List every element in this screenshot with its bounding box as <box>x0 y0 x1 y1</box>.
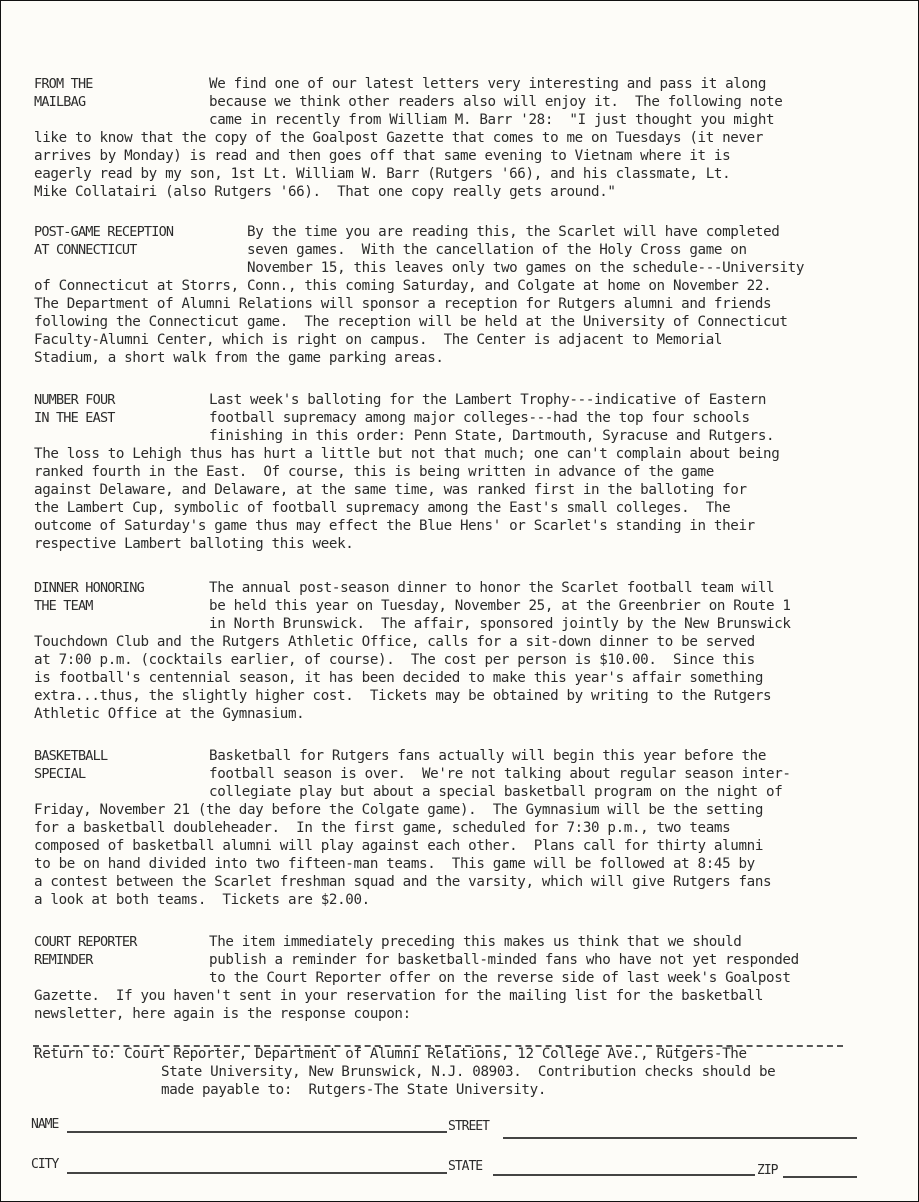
section-heading: SPECIAL <box>34 765 85 783</box>
body-line: publish a reminder for basketball-minded… <box>209 951 799 969</box>
body-line: be held this year on Tuesday, November 2… <box>209 597 791 615</box>
body-line: arrives by Monday) is read and then goes… <box>34 147 730 165</box>
body-line: The annual post-season dinner to honor t… <box>209 579 774 597</box>
zip-label: ZIP <box>757 1163 777 1178</box>
body-line: seven games. With the cancellation of th… <box>247 241 747 259</box>
section-heading: FROM THE <box>34 75 93 93</box>
body-line: The loss to Lehigh thus has hurt a littl… <box>34 445 779 463</box>
body-line: Last week's balloting for the Lambert Tr… <box>209 391 766 409</box>
section-heading: MAILBAG <box>34 93 85 111</box>
body-line: newsletter, here again is the response c… <box>34 1005 411 1023</box>
newsletter-page: FROM THE MAILBAG We find one of our late… <box>0 0 919 1202</box>
body-line: extra...thus, the slightly higher cost. … <box>34 687 771 705</box>
section-heading: DINNER HONORING <box>34 579 144 597</box>
section-heading: REMINDER <box>34 951 93 969</box>
state-label: STATE <box>448 1159 482 1174</box>
section-heading: POST-GAME RECEPTION <box>34 223 173 241</box>
coupon-return-line: Return to: Court Reporter, Department of… <box>34 1045 747 1063</box>
name-label: NAME <box>31 1117 58 1132</box>
body-line: came in recently from William M. Barr '2… <box>209 111 774 129</box>
street-field[interactable] <box>503 1137 857 1139</box>
body-line: of Connecticut at Storrs, Conn., this co… <box>34 277 771 295</box>
body-line: respective Lambert balloting this week. <box>34 535 353 553</box>
body-line: eagerly read by my son, 1st Lt. William … <box>34 165 730 183</box>
coupon-return-line: State University, New Brunswick, N.J. 08… <box>161 1063 775 1081</box>
city-field[interactable] <box>67 1172 447 1174</box>
body-line: collegiate play but about a special bask… <box>209 783 782 801</box>
street-label: STREET <box>448 1119 489 1134</box>
body-line: Athletic Office at the Gymnasium. <box>34 705 304 723</box>
body-line: The Department of Alumni Relations will … <box>34 295 771 313</box>
body-line: November 15, this leaves only two games … <box>247 259 804 277</box>
body-line: against Delaware, and Delaware, at the s… <box>34 481 747 499</box>
section-heading: AT CONNECTICUT <box>34 241 137 259</box>
body-line: Basketball for Rutgers fans actually wil… <box>209 747 766 765</box>
section-heading: COURT REPORTER <box>34 933 137 951</box>
body-line: a look at both teams. Tickets are $2.00. <box>34 891 370 909</box>
body-line: composed of basketball alumni will play … <box>34 837 763 855</box>
body-line: in North Brunswick. The affair, sponsore… <box>209 615 791 633</box>
body-line: the Lambert Cup, symbolic of football su… <box>34 499 730 517</box>
name-field[interactable] <box>67 1131 447 1133</box>
body-line: is football's centennial season, it has … <box>34 669 763 687</box>
body-line: By the time you are reading this, the Sc… <box>247 223 779 241</box>
zip-field[interactable] <box>783 1176 857 1178</box>
body-line: for a basketball doubleheader. In the fi… <box>34 819 730 837</box>
body-line: because we think other readers also will… <box>209 93 782 111</box>
body-line: football supremacy among major colleges-… <box>209 409 750 427</box>
section-heading: NUMBER FOUR <box>34 391 115 409</box>
body-line: football season is over. We're not talki… <box>209 765 791 783</box>
body-line: a contest between the Scarlet freshman s… <box>34 873 771 891</box>
state-field[interactable] <box>493 1174 755 1176</box>
section-heading: THE TEAM <box>34 597 93 615</box>
body-line: to the Court Reporter offer on the rever… <box>209 969 791 987</box>
body-line: at 7:00 p.m. (cocktails earlier, of cour… <box>34 651 755 669</box>
body-line: finishing in this order: Penn State, Dar… <box>209 427 774 445</box>
section-heading: BASKETBALL <box>34 747 107 765</box>
body-line: like to know that the copy of the Goalpo… <box>34 129 763 147</box>
body-line: Faculty-Alumni Center, which is right on… <box>34 331 722 349</box>
body-line: The item immediately preceding this make… <box>209 933 741 951</box>
city-label: CITY <box>31 1157 58 1172</box>
body-line: Gazette. If you haven't sent in your res… <box>34 987 763 1005</box>
body-line: outcome of Saturday's game thus may effe… <box>34 517 755 535</box>
body-line: Friday, November 21 (the day before the … <box>34 801 763 819</box>
body-line: Mike Collatairi (also Rutgers '66). That… <box>34 183 616 201</box>
body-line: We find one of our latest letters very i… <box>209 75 766 93</box>
body-line: following the Connecticut game. The rece… <box>34 313 788 331</box>
body-line: to be on hand divided into two fifteen-m… <box>34 855 755 873</box>
section-heading: IN THE EAST <box>34 409 115 427</box>
body-line: Touchdown Club and the Rutgers Athletic … <box>34 633 755 651</box>
body-line: ranked fourth in the East. Of course, th… <box>34 463 714 481</box>
body-line: Stadium, a short walk from the game park… <box>34 349 444 367</box>
coupon-return-line: made payable to: Rutgers-The State Unive… <box>161 1081 546 1099</box>
